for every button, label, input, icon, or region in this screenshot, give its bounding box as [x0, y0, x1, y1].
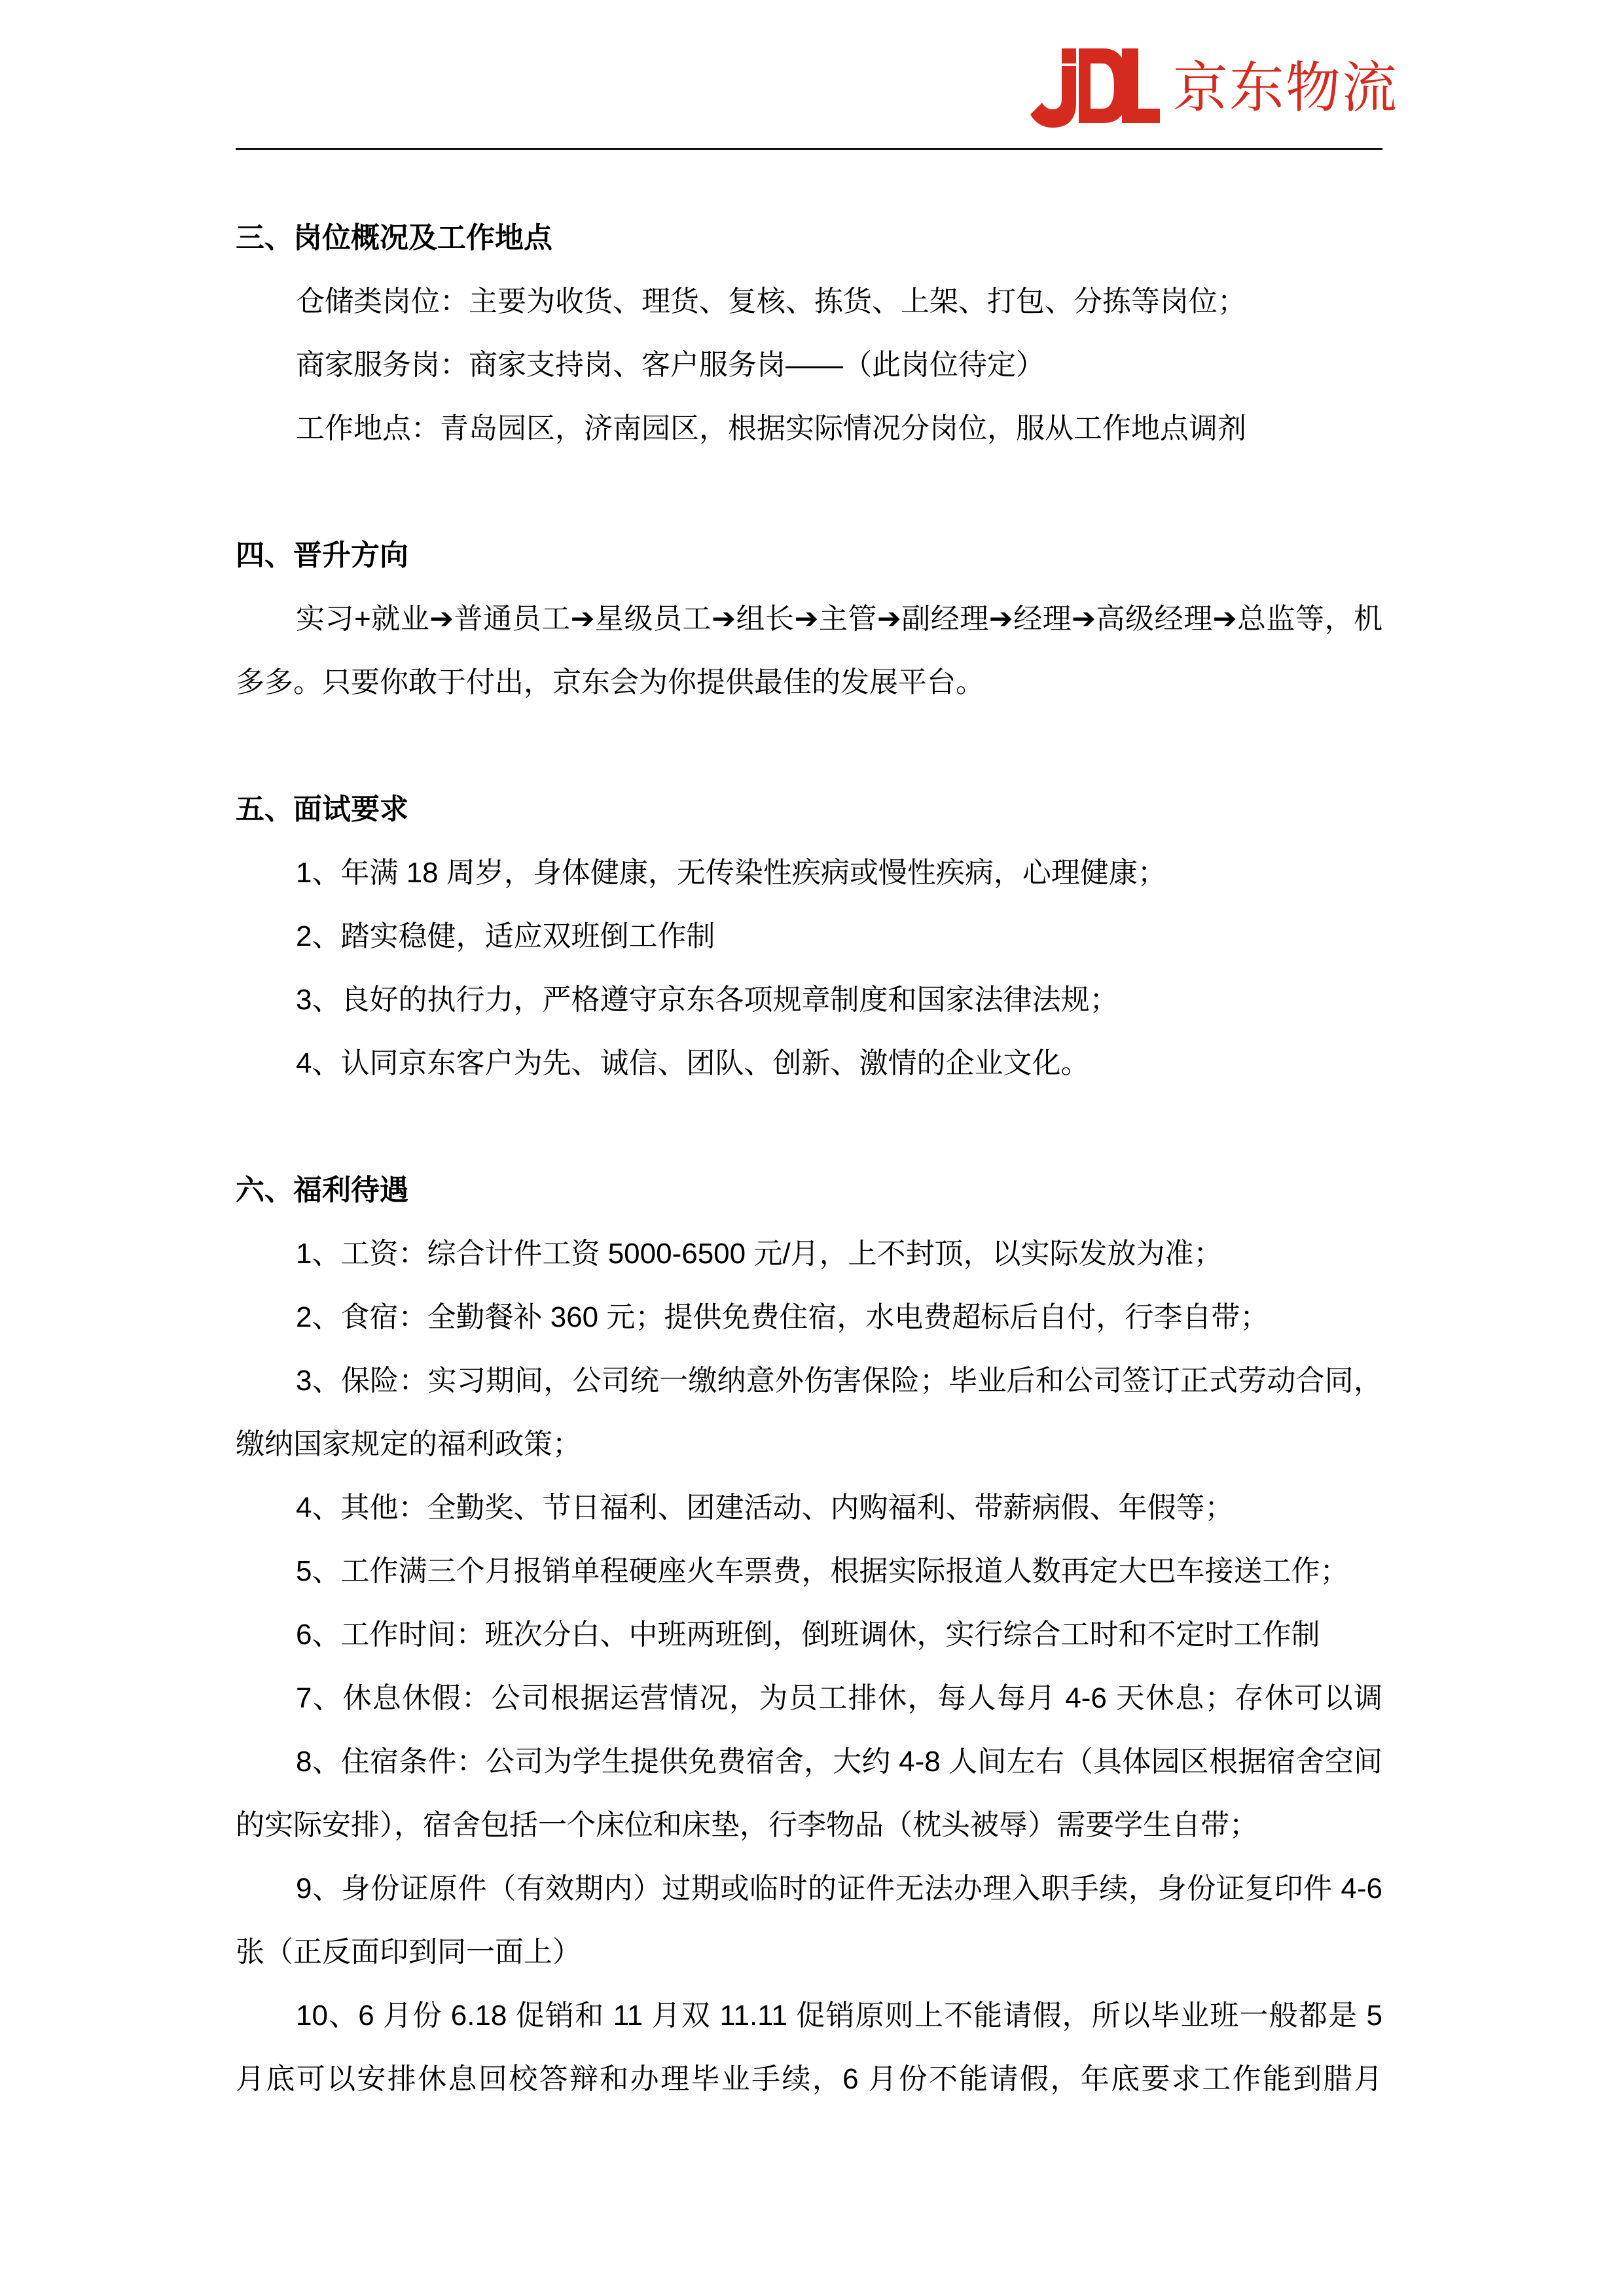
list-item-continuation: 月底可以安排休息回校答辩和办理毕业手续，6 月份不能请假，年底要求工作能到腊月 … [236, 2047, 1382, 2111]
header-divider [236, 148, 1382, 150]
list-item: 2、食宿：全勤餐补 360 元；提供免费住宿，水电费超标后自付，行李自带； [236, 1285, 1382, 1349]
list-item-continuation: 的实际安排），宿舍包括一个床位和床垫，行李物品（枕头被辱）需要学生自带； [236, 1793, 1382, 1857]
blank-line [236, 1095, 1382, 1158]
text-line: 仓储类岗位：主要为收货、理货、复核、拣货、上架、打包、分拣等岗位； [236, 270, 1382, 333]
blank-line [236, 460, 1382, 524]
section-heading-promotion: 四、晋升方向 [236, 524, 1382, 587]
text-line: 商家服务岗：商家支持岗、客户服务岗——（此岗位待定） [236, 333, 1382, 397]
list-item: 1、工资：综合计件工资 5000-6500 元/月，上不封顶，以实际发放为准； [236, 1222, 1382, 1285]
list-item: 4、其他：全勤奖、节日福利、团建活动、内购福利、带薪病假、年假等； [236, 1476, 1382, 1539]
text-line: 多多。只要你敢于付出，京东会为你提供最佳的发展平台。 [236, 651, 1382, 714]
list-item-continuation: 缴纳国家规定的福利政策； [236, 1412, 1382, 1476]
document-body: 三、岗位概况及工作地点 仓储类岗位：主要为收货、理货、复核、拣货、上架、打包、分… [236, 206, 1382, 2111]
text-line: 实习+就业➔普通员工➔星级员工➔组长➔主管➔副经理➔经理➔高级经理➔总监等，机会 [236, 587, 1382, 651]
logo-text: 京东物流 [1173, 60, 1398, 115]
list-item: 1、年满 18 周岁，身体健康，无传染性疾病或慢性疾病，心理健康； [236, 841, 1382, 905]
blank-line [236, 714, 1382, 778]
list-item: 8、住宿条件：公司为学生提供免费宿舍，大约 4-8 人间左右（具体园区根据宿舍空… [236, 1730, 1382, 1793]
section-heading-positions: 三、岗位概况及工作地点 [236, 206, 1382, 270]
list-item: 4、认同京东客户为先、诚信、团队、创新、激情的企业文化。 [236, 1031, 1382, 1095]
list-item: 7、休息休假：公司根据运营情况，为员工排休，每人每月 4-6 天休息；存休可以调… [236, 1666, 1382, 1730]
list-item: 5、工作满三个月报销单程硬座火车票费，根据实际报道人数再定大巴车接送工作； [236, 1539, 1382, 1603]
list-item: 6、工作时间：班次分白、中班两班倒，倒班调休，实行综合工时和不定时工作制 [236, 1603, 1382, 1666]
text-line: 工作地点：青岛园区，济南园区，根据实际情况分岗位，服从工作地点调剂 [236, 397, 1382, 460]
list-item-continuation: 张（正反面印到同一面上） [236, 1920, 1382, 1984]
jdl-logo-mark-icon [1030, 46, 1160, 129]
section-heading-benefits: 六、福利待遇 [236, 1158, 1382, 1222]
list-item: 10、6 月份 6.18 促销和 11 月双 11.11 促销原则上不能请假，所… [236, 1984, 1382, 2047]
list-item: 2、踏实稳健，适应双班倒工作制 [236, 905, 1382, 968]
list-item: 3、保险：实习期间，公司统一缴纳意外伤害保险；毕业后和公司签订正式劳动合同， [236, 1349, 1382, 1412]
jdl-logo: 京东物流 [1030, 46, 1398, 130]
list-item: 9、身份证原件（有效期内）过期或临时的证件无法办理入职手续，身份证复印件 4-6 [236, 1857, 1382, 1920]
list-item: 3、良好的执行力，严格遵守京东各项规章制度和国家法律法规； [236, 968, 1382, 1031]
section-heading-interview: 五、面试要求 [236, 778, 1382, 841]
